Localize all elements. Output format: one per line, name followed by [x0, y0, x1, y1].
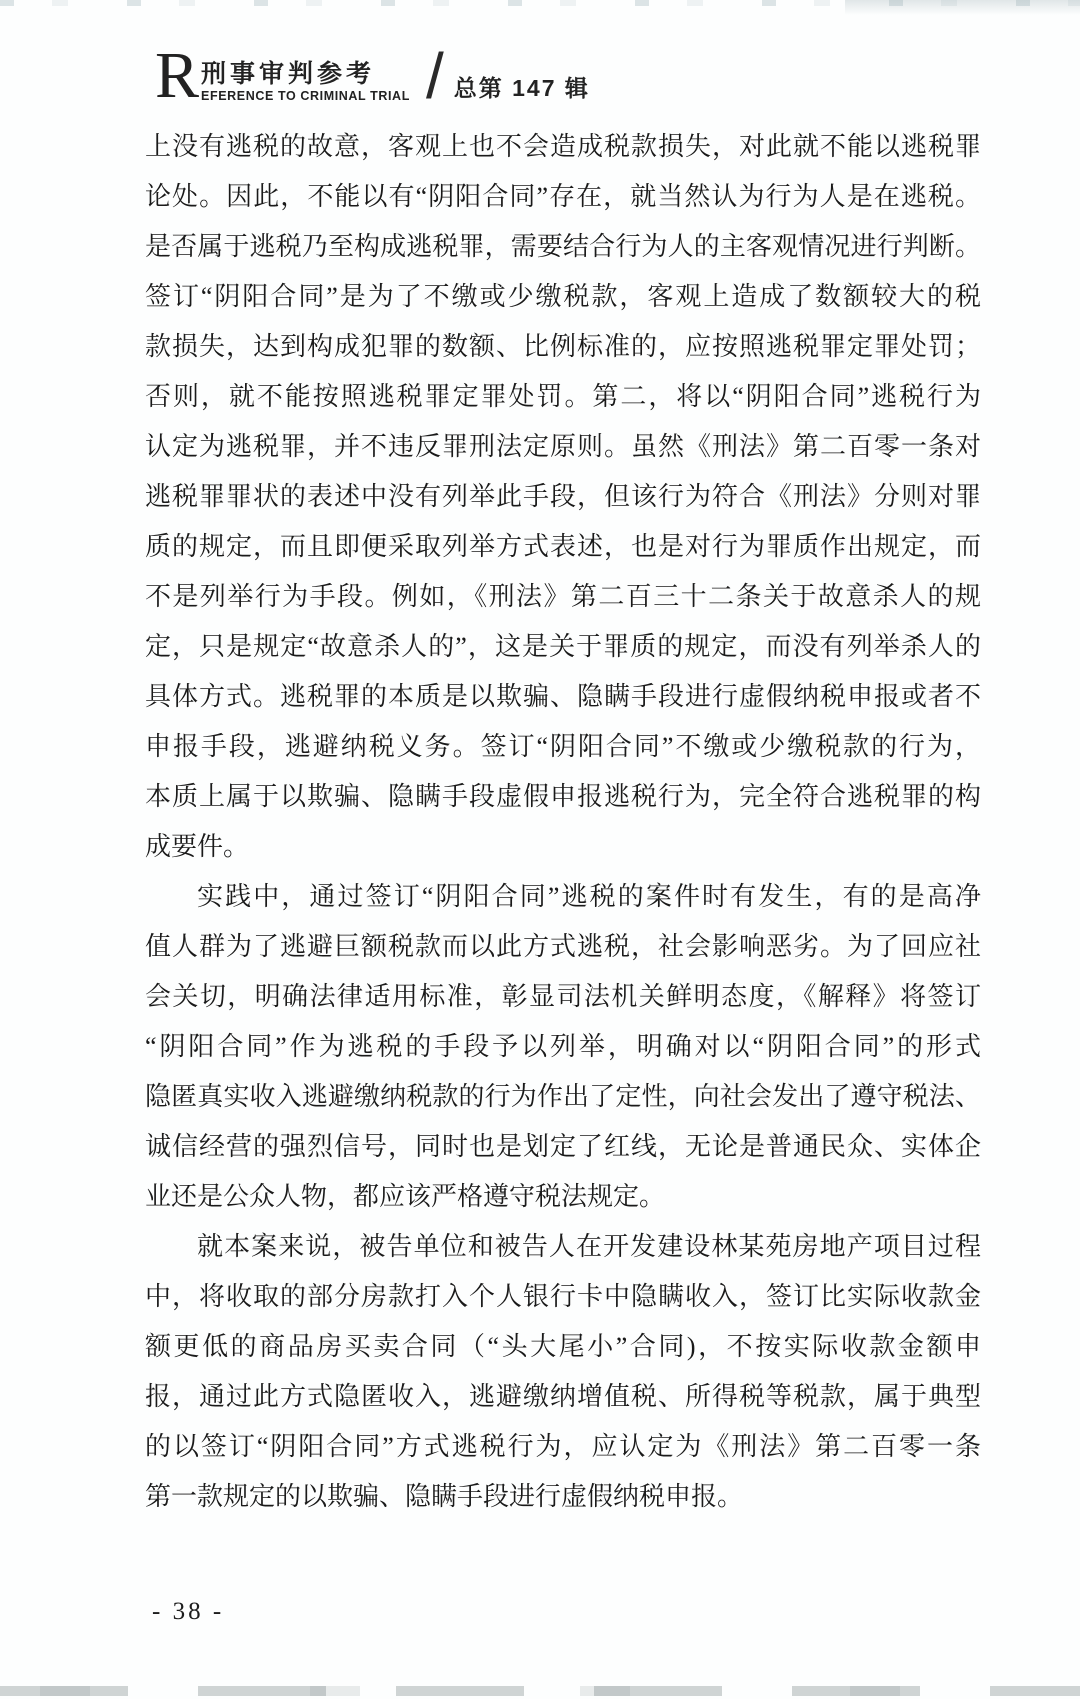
- text-line: 隐匿真实收入逃避缴纳税款的行为作出了定性，向社会发出了遵守税法、: [145, 1072, 981, 1122]
- text-line: 是否属于逃税乃至构成逃税罪，需要结合行为人的主客观情况进行判断。: [145, 222, 981, 272]
- text-line: 第一款规定的以欺骗、隐瞒手段进行虚假纳税申报。: [145, 1472, 981, 1522]
- text-line: 值人群为了逃避巨额税款而以此方式逃税，社会影响恶劣。为了回应社: [145, 922, 981, 972]
- scanned-book-page: { "page": { "background": "#fdfefe", "te…: [0, 0, 1080, 1699]
- text-line: 的以签订“阴阳合同”方式逃税行为，应认定为《刑法》第二百零一条: [145, 1422, 981, 1472]
- text-line: 就本案来说，被告单位和被告人在开发建设林某苑房地产项目过程: [145, 1222, 981, 1272]
- text-line: 中，将收取的部分房款打入个人银行卡中隐瞒收入，签订比实际收款金: [145, 1272, 981, 1322]
- text-line: 报，通过此方式隐匿收入，逃避缴纳增值税、所得税等税款，属于典型: [145, 1372, 981, 1422]
- issue-number: 总第 147 辑: [454, 77, 590, 103]
- text-line: 成要件。: [145, 822, 981, 872]
- text-line: 申报手段，逃避纳税义务。签订“阴阳合同”不缴或少缴税款的行为，: [145, 722, 981, 772]
- text-line: 实践中，通过签订“阴阳合同”逃税的案件时有发生，有的是高净: [145, 872, 981, 922]
- scan-artifact-bottom-edge: [0, 1686, 1080, 1696]
- journal-logo: R 刑事审判参考 EFERENCE TO CRIMINAL TRIAL: [155, 50, 410, 103]
- text-line: 具体方式。逃税罪的本质是以欺骗、隐瞒手段进行虚假纳税申报或者不: [145, 672, 981, 722]
- text-line: 诚信经营的强烈信号，同时也是划定了红线，无论是普通民众、实体企: [145, 1122, 981, 1172]
- text-line: “阴阳合同”作为逃税的手段予以列举，明确对以“阴阳合同”的形式: [145, 1022, 981, 1072]
- scan-artifact-top-right-streak: [845, 0, 1080, 15]
- text-line: 逃税罪罪状的表述中没有列举此手段，但该行为符合《刑法》分则对罪: [145, 472, 981, 522]
- body-text: 上没有逃税的故意，客观上也不会造成税款损失，对此就不能以逃税罪论处。因此，不能以…: [145, 122, 981, 1522]
- logo-title-block: 刑事审判参考 EFERENCE TO CRIMINAL TRIAL: [201, 62, 410, 103]
- text-line: 会关切，明确法律适用标准，彰显司法机关鲜明态度，《解释》将签订: [145, 972, 981, 1022]
- text-line: 认定为逃税罪，并不违反罪刑法定原则。虽然《刑法》第二百零一条对: [145, 422, 981, 472]
- text-line: 额更低的商品房买卖合同（“头大尾小”合同)，不按实际收款金额申: [145, 1322, 981, 1372]
- text-line: 本质上属于以欺骗、隐瞒手段虚假申报逃税行为，完全符合逃税罪的构: [145, 772, 981, 822]
- text-line: 论处。因此，不能以有“阴阳合同”存在，就当然认为行为人是在逃税。: [145, 172, 981, 222]
- text-line: 否则，就不能按照逃税罪定罪处罚。第二，将以“阴阳合同”逃税行为: [145, 372, 981, 422]
- text-line: 质的规定，而且即便采取列举方式表述，也是对行为罪质作出规定，而: [145, 522, 981, 572]
- page-number: - 38 -: [152, 1598, 224, 1626]
- text-line: 不是列举行为手段。例如，《刑法》第二百三十二条关于故意杀人的规: [145, 572, 981, 622]
- text-line: 定，只是规定“故意杀人的”，这是关于罪质的规定，而没有列举杀人的: [145, 622, 981, 672]
- journal-title-cjk: 刑事审判参考: [201, 62, 410, 87]
- journal-title-english: EFERENCE TO CRIMINAL TRIAL: [201, 90, 410, 103]
- text-line: 上没有逃税的故意，客观上也不会造成税款损失，对此就不能以逃税罪: [145, 122, 981, 172]
- text-line: 业还是公众人物，都应该严格遵守税法规定。: [145, 1172, 981, 1222]
- text-line: 签订“阴阳合同”是为了不缴或少缴税款，客观上造成了数额较大的税: [145, 272, 981, 322]
- logo-letter-r: R: [155, 50, 198, 103]
- text-line: 款损失，达到构成犯罪的数额、比例标准的，应按照逃税罪定罪处罚；: [145, 322, 981, 372]
- slash-divider-icon: /: [426, 50, 444, 102]
- page-header: R 刑事审判参考 EFERENCE TO CRIMINAL TRIAL / 总第…: [155, 50, 590, 103]
